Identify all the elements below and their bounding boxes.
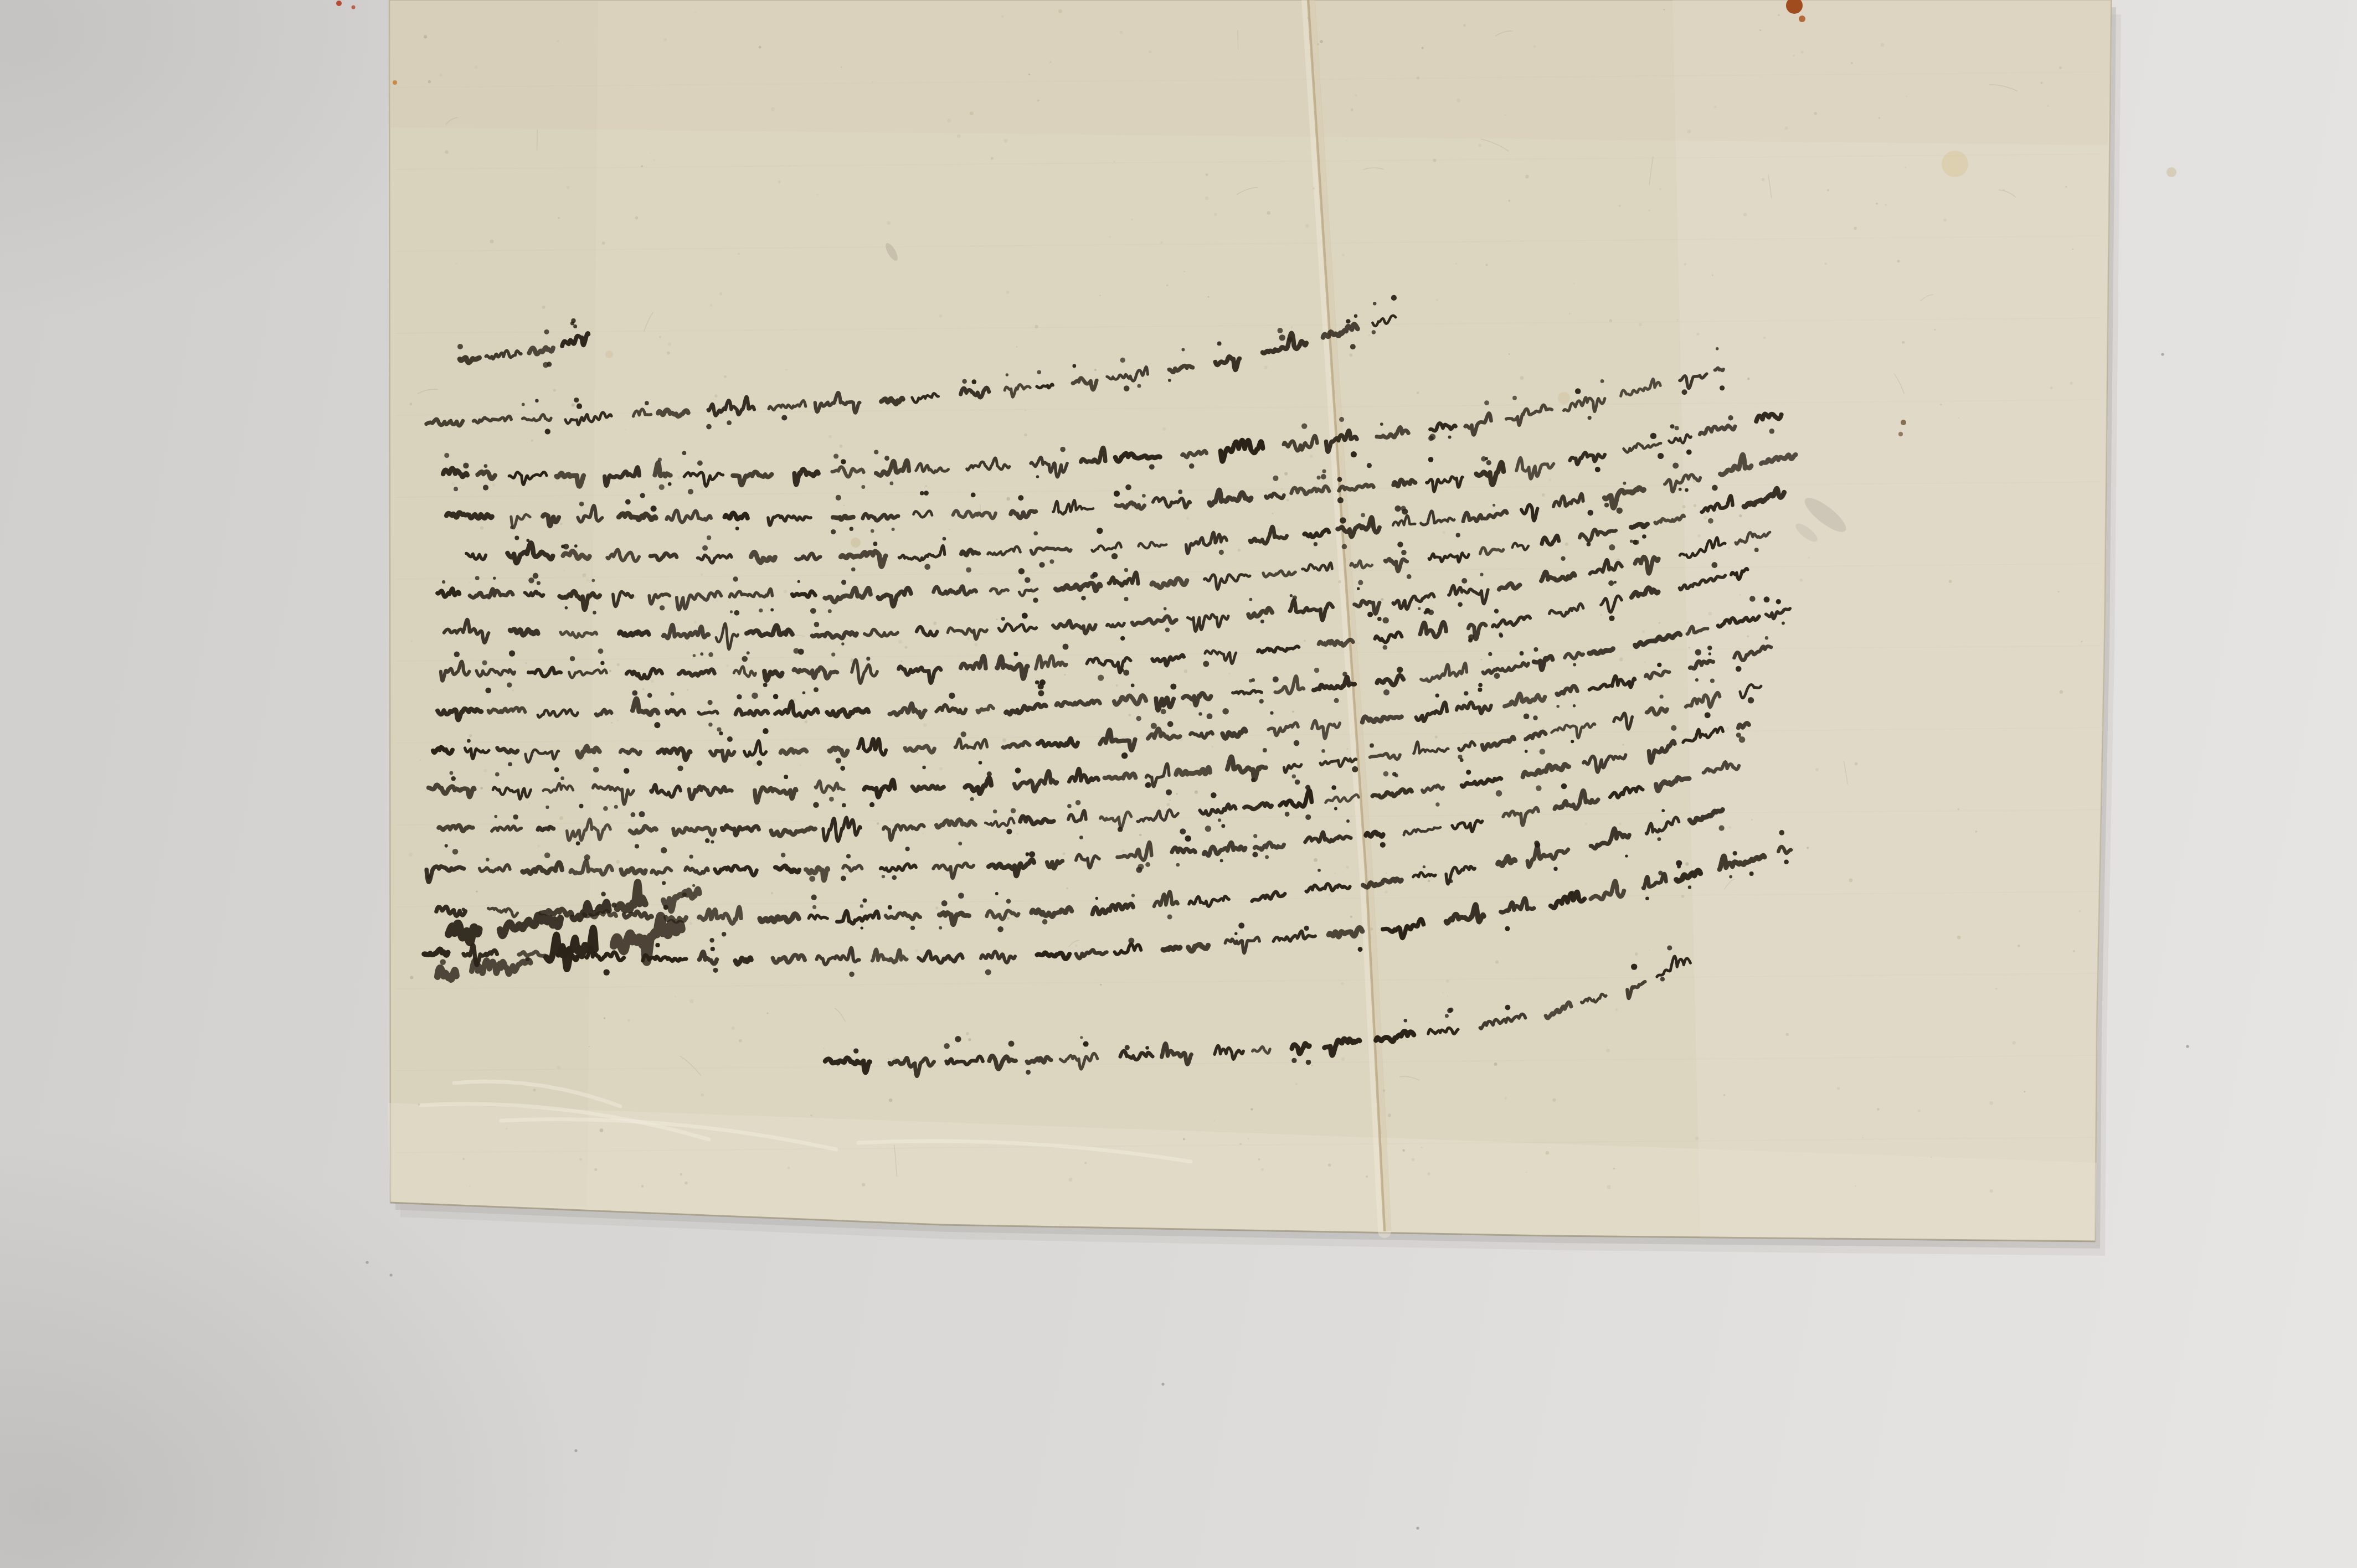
background-dust: [2186, 1045, 2189, 1048]
fox-spot-2: [605, 350, 613, 358]
manuscript-photo: [0, 0, 2357, 1568]
background-dust: [2161, 353, 2164, 355]
orange-fleck: [393, 80, 397, 85]
paper-shade-left: [389, 0, 598, 1207]
paper-shade-top: [388, 0, 2111, 145]
yellow-stain-mid: [1558, 392, 1570, 404]
dark-speck: [1901, 420, 1906, 425]
yellow-stain-small: [2166, 167, 2176, 177]
background-dust: [389, 1273, 392, 1276]
background-dust: [1416, 1526, 1419, 1529]
background-dust: [1161, 1383, 1164, 1385]
photo-background: [0, 0, 2357, 1568]
red-fleck-2: [352, 6, 356, 9]
red-fleck: [336, 1, 342, 6]
background-dust: [366, 1261, 368, 1263]
yellow-stain: [1942, 151, 1968, 177]
fox-spot: [851, 538, 861, 548]
rust-spot-small: [1799, 16, 1805, 22]
background-dust: [574, 1449, 577, 1452]
dark-speck-2: [1898, 432, 1903, 436]
